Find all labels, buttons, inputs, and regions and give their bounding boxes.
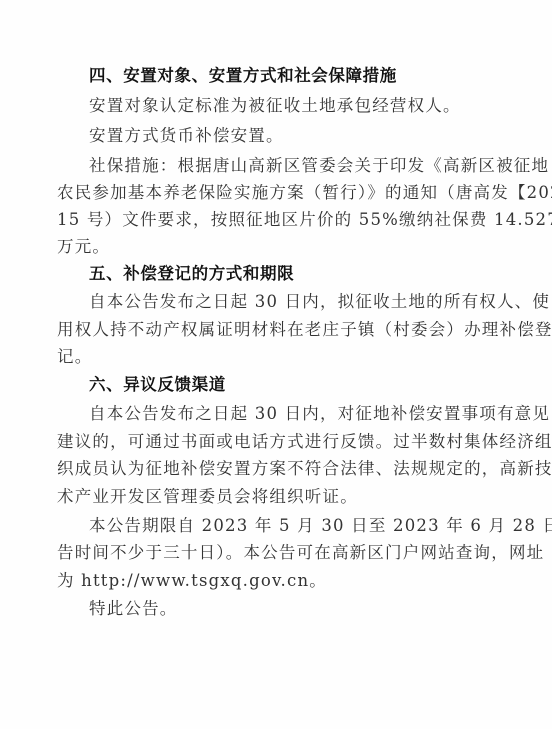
paragraph-line: 社保措施：根据唐山高新区管委会关于印发《高新区被征地 [89, 156, 549, 176]
paragraph-line: 为 http://www.tsgxq.gov.cn。 [57, 571, 327, 591]
paragraph-line: 自本公告发布之日起 30 日内，对征地补偿安置事项有意见 [89, 404, 550, 424]
section-heading-5: 五、补偿登记的方式和期限 [89, 264, 294, 284]
section-heading-6: 六、异议反馈渠道 [89, 375, 226, 395]
section-heading-4: 四、安置对象、安置方式和社会保障措施 [89, 66, 397, 86]
paragraph-line: 用权人持不动产权属证明材料在老庄子镇（村委会）办理补偿登 [57, 320, 552, 340]
paragraph-line: 万元。 [57, 237, 110, 257]
paragraph-line: 15 号）文件要求，按照征地区片价的 55%缴纳社保费 14.5276 [57, 210, 552, 230]
paragraph-line: 自本公告发布之日起 30 日内，拟征收土地的所有权人、使 [89, 292, 550, 312]
paragraph-line: 术产业开发区管理委员会将组织听证。 [57, 487, 358, 507]
paragraph-line: 农民参加基本养老保险实施方案（暂行）》的通知（唐高发【2020】 [57, 183, 552, 203]
paragraph-line: 织成员认为征地补偿安置方案不符合法律、法规规定的，高新技 [57, 459, 552, 479]
paragraph-line: 安置对象认定标准为被征收土地承包经营权人。 [89, 96, 461, 116]
paragraph-line: 安置方式货币补偿安置。 [89, 126, 284, 146]
document-page: 四、安置对象、安置方式和社会保障措施 安置对象认定标准为被征收土地承包经营权人。… [0, 0, 552, 729]
paragraph-line: 记。 [57, 347, 92, 367]
paragraph-line: 建议的，可通过书面或电话方式进行反馈。过半数村集体经济组 [57, 432, 552, 452]
paragraph-line: 本公告期限自 2023 年 5 月 30 日至 2023 年 6 月 28 日。… [89, 516, 552, 536]
paragraph-line: 告时间不少于三十日）。本公告可在高新区门户网站查询，网址 [57, 543, 544, 563]
closing-line: 特此公告。 [89, 599, 178, 619]
